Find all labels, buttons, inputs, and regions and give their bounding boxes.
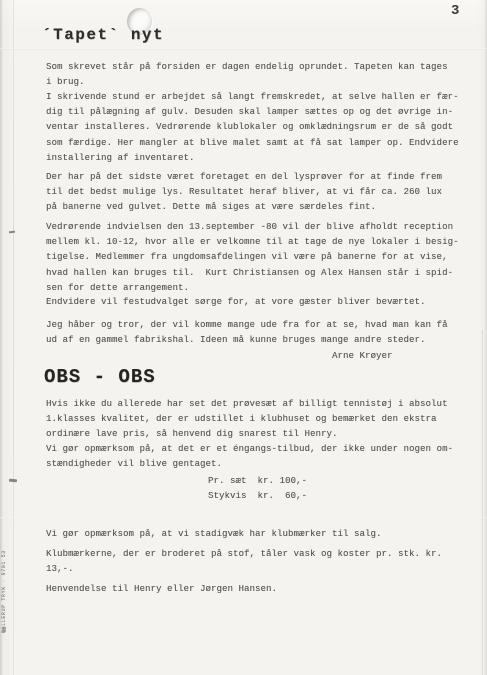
obs-heading: OBS - OBS xyxy=(44,366,156,388)
closing-paragraph-2: Klubmærkerne, der er broderet på stof, t… xyxy=(46,547,442,577)
article-paragraph-4: Vedrørende indvielsen den 13.september -… xyxy=(46,220,459,296)
article-paragraph-1: Som skrevet står på forsiden er dagen en… xyxy=(46,60,448,90)
margin-speck xyxy=(2,627,6,632)
article-paragraph-5: Endvidere vil festudvalget sørge for, at… xyxy=(46,295,426,310)
article-paragraph-2: I skrivende stund er arbejdet så langt f… xyxy=(46,90,459,166)
author-signature: Arne Krøyer xyxy=(332,351,393,361)
obs-paragraph-2: Vi gør opmærksom på, at det er et éngang… xyxy=(46,442,453,472)
page-number: 3 xyxy=(451,3,460,19)
horizontal-crease-top xyxy=(0,48,487,50)
margin-speck xyxy=(9,479,17,483)
left-edge-crease xyxy=(13,0,14,675)
closing-paragraph-1: Vi gør opmærksom på, at vi stadigvæk har… xyxy=(46,527,382,542)
margin-speck xyxy=(9,231,15,234)
scanned-page: 3 ´Tapet` nyt Som skrevet står på forsid… xyxy=(0,0,487,675)
horizontal-crease-bottom xyxy=(0,517,487,519)
right-edge-crease xyxy=(482,330,483,675)
closing-paragraph-3: Henvendelse til Henry eller Jørgen Hanse… xyxy=(46,582,277,597)
obs-paragraph-1: Hvis ikke du allerede har set det prøves… xyxy=(46,397,448,443)
article-paragraph-6: Jeg håber og tror, der vil komme mange u… xyxy=(46,318,448,348)
printer-mark: BALLERUP TRYK · 9701 53 xyxy=(1,541,12,633)
article-paragraph-3: Der har på det sidste været foretaget en… xyxy=(46,170,442,216)
page-title: ´Tapet` nyt xyxy=(42,26,164,44)
price-list: Pr. sæt kr. 100,-Stykvis kr. 60,- xyxy=(208,474,307,504)
